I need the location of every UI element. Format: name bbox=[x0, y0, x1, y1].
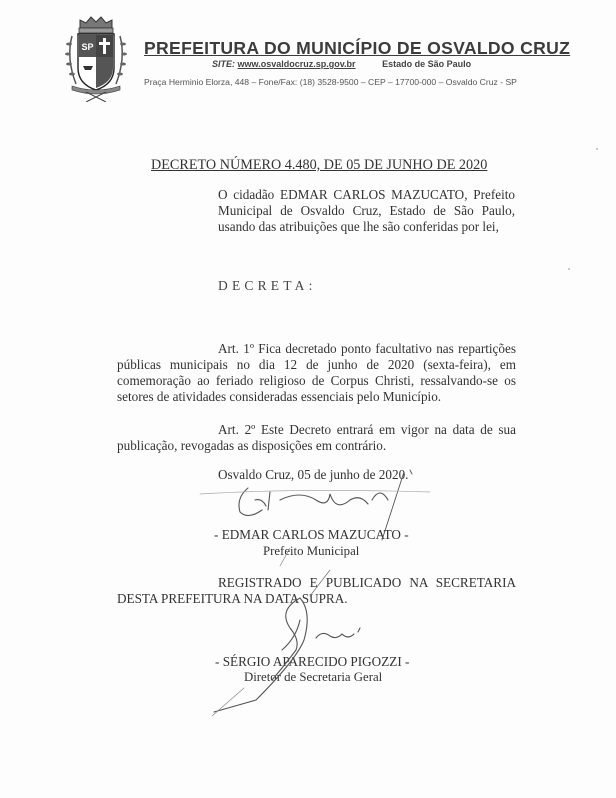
letterhead-title: PREFEITURA DO MUNICÍPIO DE OSVALDO CRUZ bbox=[144, 38, 570, 59]
site-url-link[interactable]: www.osvaldocruz.sp.gov.br bbox=[238, 59, 356, 69]
signatory-1-role: Prefeito Municipal bbox=[263, 544, 359, 559]
decree-intro: O cidadão EDMAR CARLOS MAZUCATO, Prefeit… bbox=[218, 187, 515, 235]
signatory-2-name: - SÉRGIO APARECIDO PIGOZZI - bbox=[215, 654, 409, 670]
letterhead-site-line: SITE: www.osvaldocruz.sp.gov.br Estado d… bbox=[212, 59, 471, 69]
letterhead-address: Praça Herminio Elorza, 448 – Fone/Fax: (… bbox=[144, 77, 517, 87]
place-date: Osvaldo Cruz, 05 de junho de 2020. bbox=[218, 467, 408, 483]
signatory-1-name: - EDMAR CARLOS MAZUCATO - bbox=[214, 527, 409, 543]
document-page: SP PREFEITURA DO MUNICÍPIO DE OSVALDO CR… bbox=[0, 0, 616, 798]
decreta-heading: DECRETA: bbox=[218, 278, 317, 294]
site-label: SITE: bbox=[212, 59, 235, 69]
signatory-2-role: Diretor de Secretaria Geral bbox=[244, 670, 382, 685]
decree-title: DECRETO NÚMERO 4.480, DE 05 DE JUNHO DE … bbox=[151, 157, 487, 174]
signature-1-icon bbox=[239, 488, 388, 516]
article-1: Art. 1º Fica decretado ponto facultativo… bbox=[117, 341, 516, 405]
article-2: Art. 2º Este Decreto entrará em vigor na… bbox=[117, 422, 516, 454]
scan-speck bbox=[568, 268, 570, 270]
municipal-coat-of-arms-icon: SP bbox=[62, 14, 130, 102]
svg-text:SP: SP bbox=[81, 42, 93, 52]
scan-speck bbox=[596, 148, 598, 150]
registration-note: REGISTRADO E PUBLICADO NA SECRETARIA DES… bbox=[117, 575, 516, 607]
state-label: Estado de São Paulo bbox=[382, 59, 471, 69]
